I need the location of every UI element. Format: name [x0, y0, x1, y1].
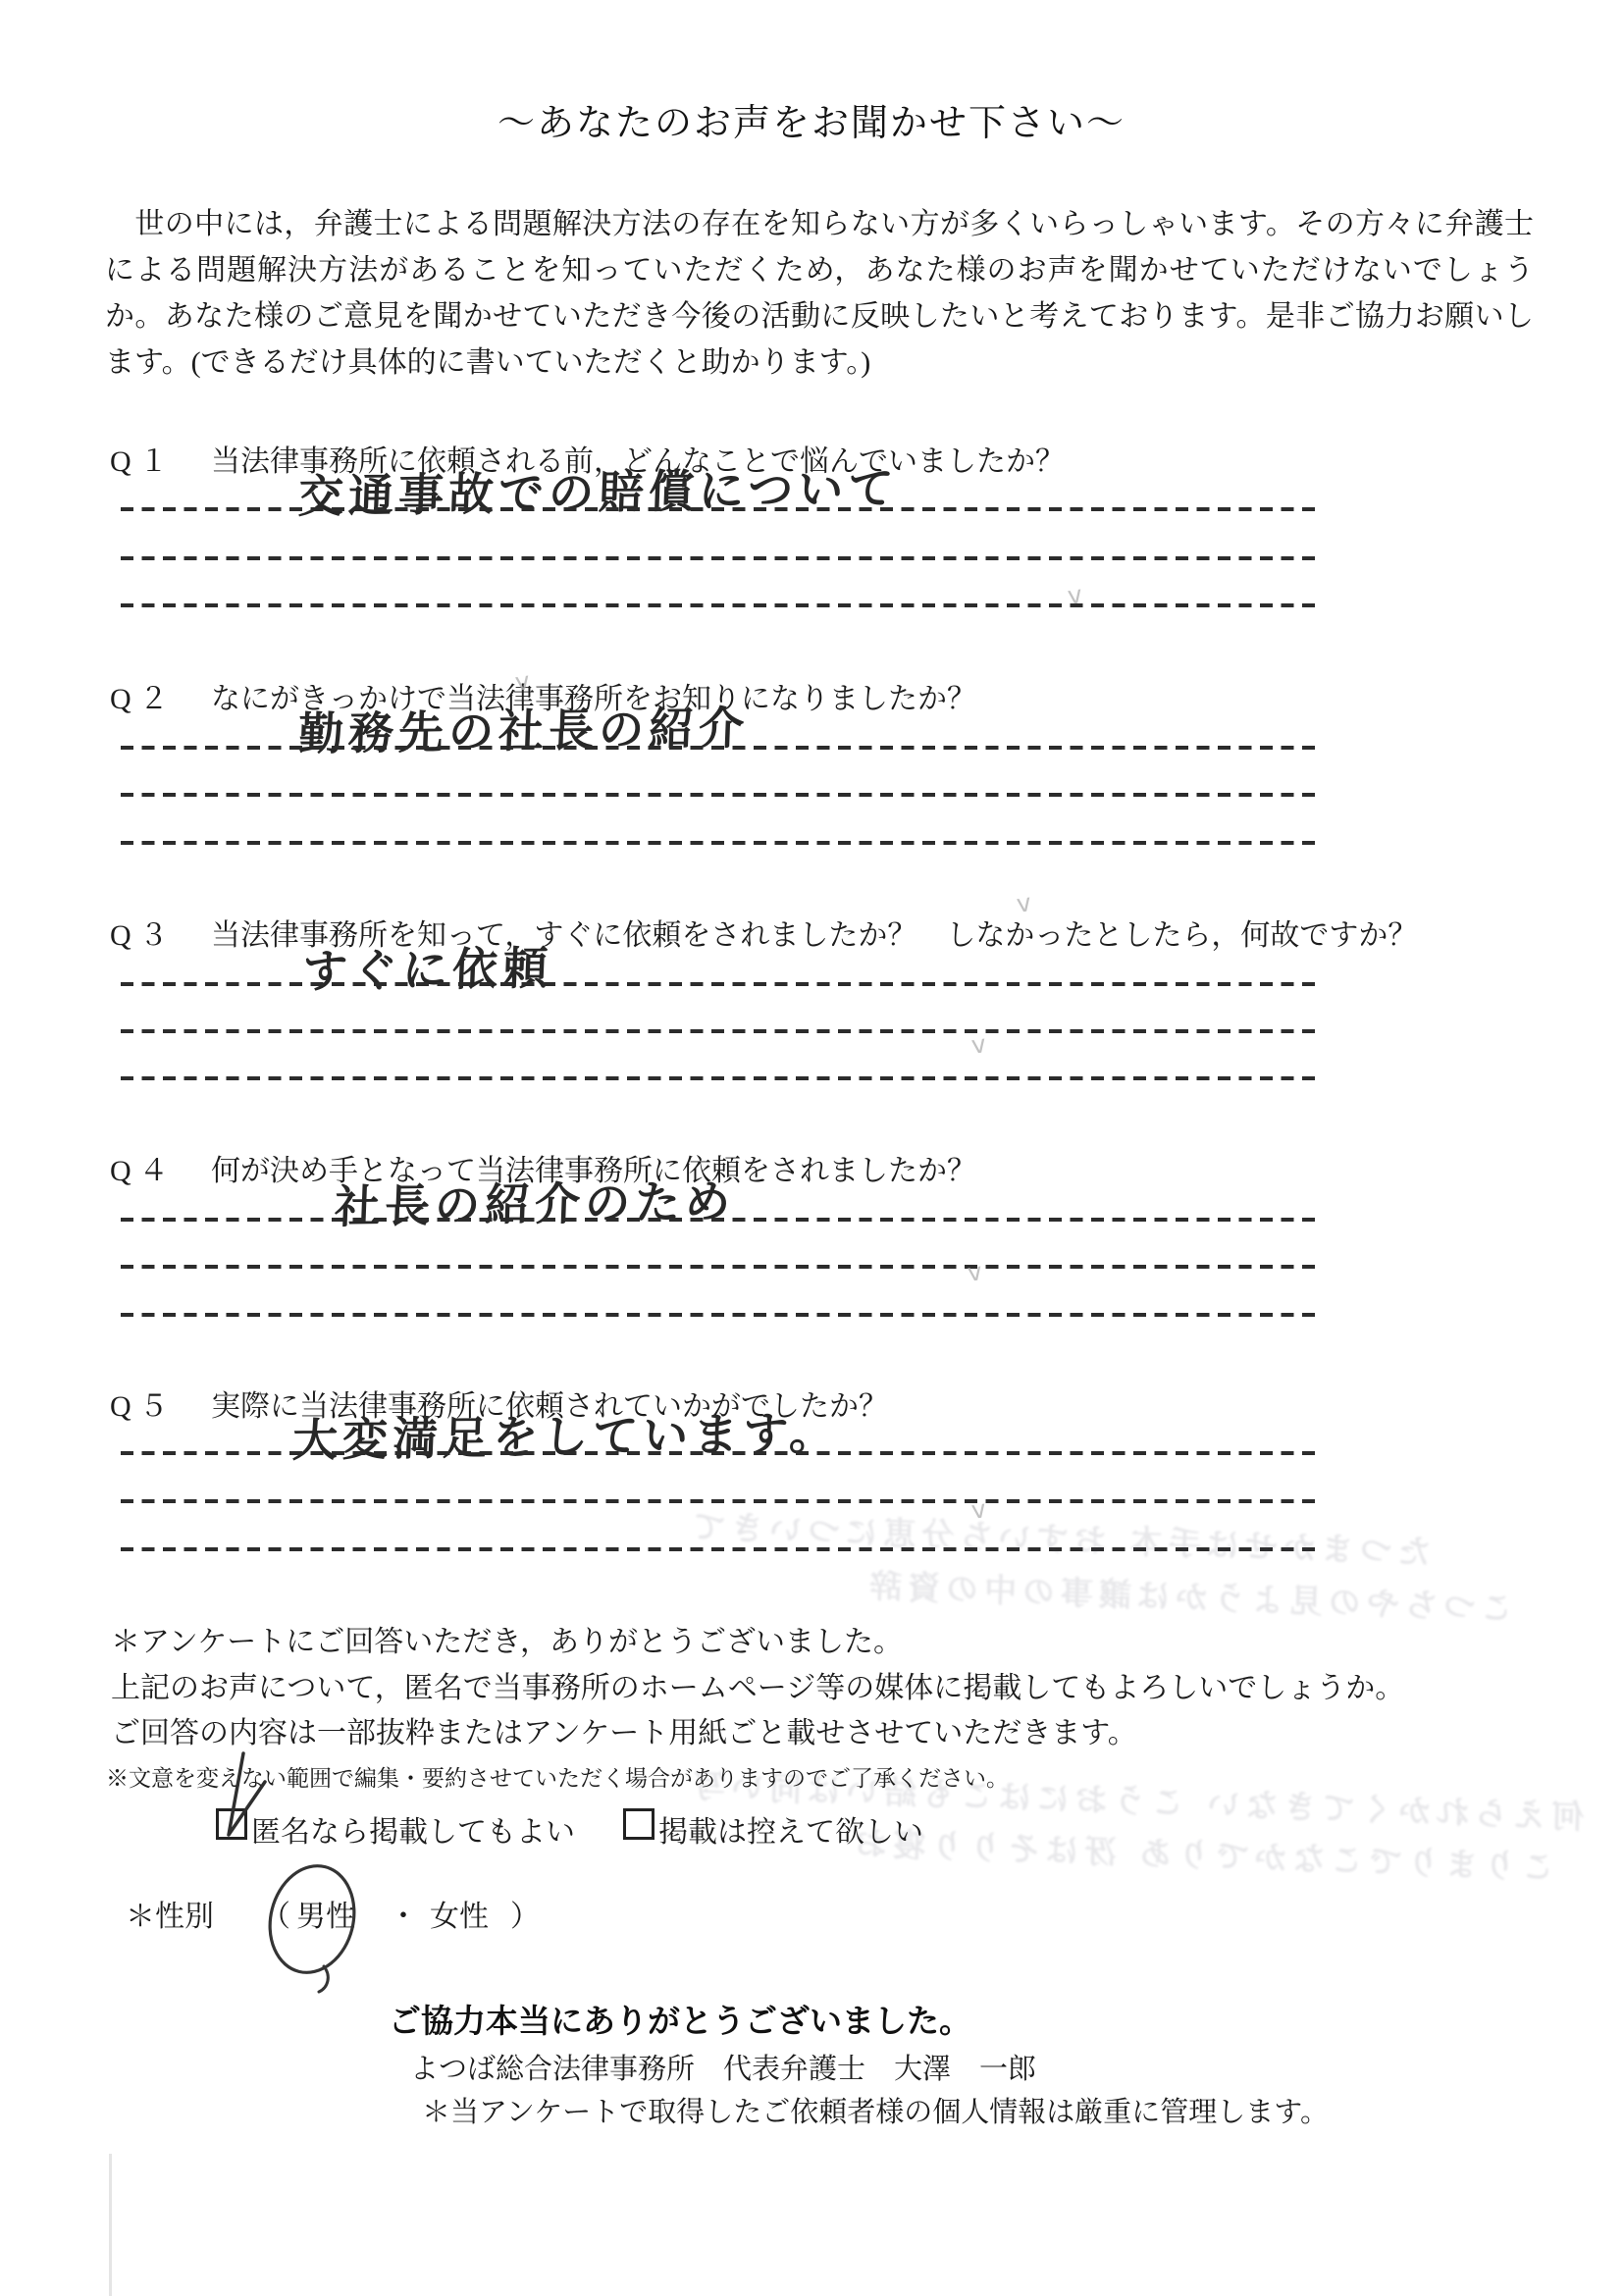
stray-mark: v: [513, 666, 532, 697]
stray-mark: v: [1066, 580, 1084, 610]
answer-line: [121, 982, 1320, 986]
question-label: Q２: [110, 674, 177, 717]
handwritten-answer: 交通事故での賠償について: [297, 452, 900, 526]
female-option: 女性: [430, 1892, 489, 1935]
gender-label: ＊性別: [126, 1892, 214, 1935]
scan-artifact-line: [109, 2154, 112, 2296]
bleedthrough-text: たつまかせは手本 おすいち分恵についきて: [686, 1501, 1431, 1573]
thanks-note: ＊アンケートにご回答いただき，ありがとうございました。: [111, 1617, 903, 1660]
publish-question: 上記のお声について，匿名で当事務所のホームページ等の媒体に掲載してもよろしいでし…: [111, 1663, 1404, 1706]
answer-line: [121, 507, 1320, 511]
handwritten-answer: すぐに依頼: [301, 932, 554, 1001]
question-label: Q４: [110, 1146, 177, 1189]
handwritten-answer: 勤務先の社長の紹介: [297, 693, 750, 763]
answer-line: [121, 1029, 1320, 1033]
checkmark-icon: [212, 1748, 281, 1842]
stray-mark: v: [966, 1257, 984, 1287]
handwritten-answer: 社長の紹介のため: [334, 1166, 736, 1236]
question-label: Q５: [110, 1382, 177, 1425]
closing-thanks: ご協力本当にありがとうございました。: [389, 1996, 971, 2042]
intro-paragraph-line: ます。(できるだけ具体的に書いていただくと助かります。): [105, 338, 1534, 381]
consent-label-deny: 掲載は控えて欲しい: [658, 1807, 923, 1851]
answer-line: [121, 841, 1320, 845]
office-signature: よつば総合法律事務所 代表弁護士 大澤 一郎: [410, 2047, 1036, 2087]
handwritten-answer: 大変満足をしています。: [291, 1397, 841, 1470]
page-title: ～あなたのお声をお聞かせ下さい～: [0, 92, 1623, 146]
intro-paragraph-line: か。あなた様のご意見を聞かせていただき今後の活動に反映したいと考えております。是…: [105, 291, 1534, 335]
gender-separator-dot: ・: [389, 1892, 418, 1935]
answer-line: [121, 793, 1320, 797]
stray-mark: v: [1015, 888, 1033, 918]
answer-line: [121, 1451, 1320, 1455]
answer-line: [121, 603, 1320, 607]
questionnaire-scan: ～あなたのお声をお聞かせ下さい～ 世の中には，弁護士による問題解決方法の存在を知…: [0, 0, 1623, 2296]
stray-mark: v: [969, 1029, 988, 1060]
intro-paragraph-line: による問題解決方法があることを知っていただくため，あなた様のお声を聞かせていただ…: [105, 245, 1534, 288]
question-label: Q１: [110, 437, 177, 480]
intro-paragraph-line: 世の中には，弁護士による問題解決方法の存在を知らない方が多くいらっしゃいます。そ…: [105, 199, 1534, 242]
privacy-note: ＊当アンケートで取得したご依頼者様の個人情報は厳重に管理します。: [422, 2090, 1329, 2130]
answer-line: [121, 1218, 1320, 1222]
male-circle-annotation: [263, 1862, 371, 1995]
answer-line: [121, 1265, 1320, 1269]
gender-paren-close: ）: [510, 1892, 540, 1935]
answer-line: [121, 746, 1320, 750]
question-label: Q３: [110, 911, 177, 954]
answer-line: [121, 556, 1320, 560]
consent-checkbox-deny: [623, 1808, 654, 1840]
answer-line: [121, 1076, 1320, 1080]
consent-label-allow: 匿名なら掲載してもよい: [251, 1807, 575, 1851]
publish-detail: ご回答の内容は一部抜粋またはアンケート用紙ごと載せさせていただきます。: [111, 1708, 1137, 1751]
answer-line: [121, 1313, 1320, 1317]
